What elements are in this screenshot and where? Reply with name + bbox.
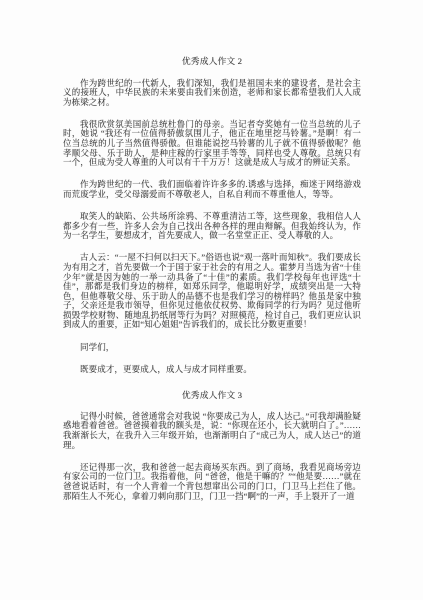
paragraph: 记得小时候，爸爸通常会对我说 “你要成己为人，成人达己。”可我却满脸疑惑地看着爸… [63,412,361,450]
paragraph-salutation: 同学们， [63,343,361,353]
document-page: 优秀成人作文 2 作为跨世纪的一代新人，我们深知，我们是祖国未来的建设者，是社会… [0,0,423,600]
paragraph: 取笑人的缺陷、公共场所涂鸦、不尊重清洁工等，这些现象，我相信人人都多少有一些，许… [63,212,361,241]
paragraph: 我很欣赏氛美国前总统杜鲁门的母亲。当记者夸奖她有一位当总统的儿子时，她说 “我还… [63,120,361,168]
paragraph: 作为跨世纪的一代、我们面临着许许多多的.诱惑与选择，痴迷于网络游戏而荒废学业，受… [63,180,361,199]
paragraph: 还记得那一次，我和爸爸一起去商场买东西。到了商场，我看见商场旁边有家公司的一位门… [63,463,361,501]
paragraph: 古人云：“一屋不扫何以扫天下。”俗语也说“观一落叶而知秋”。我们要成长为有用之才… [63,253,361,330]
paragraph: 作为跨世纪的一代新人，我们深知，我们是祖国未来的建设者，是社会主义的接班人，中华… [63,79,361,108]
essay-title-3: 优秀成人作文 3 [63,391,361,401]
paragraph-conclusion: 既要成才，更要成人，成人与成才同样重要。 [63,365,361,375]
essay-title-2: 优秀成人作文 2 [63,57,361,67]
